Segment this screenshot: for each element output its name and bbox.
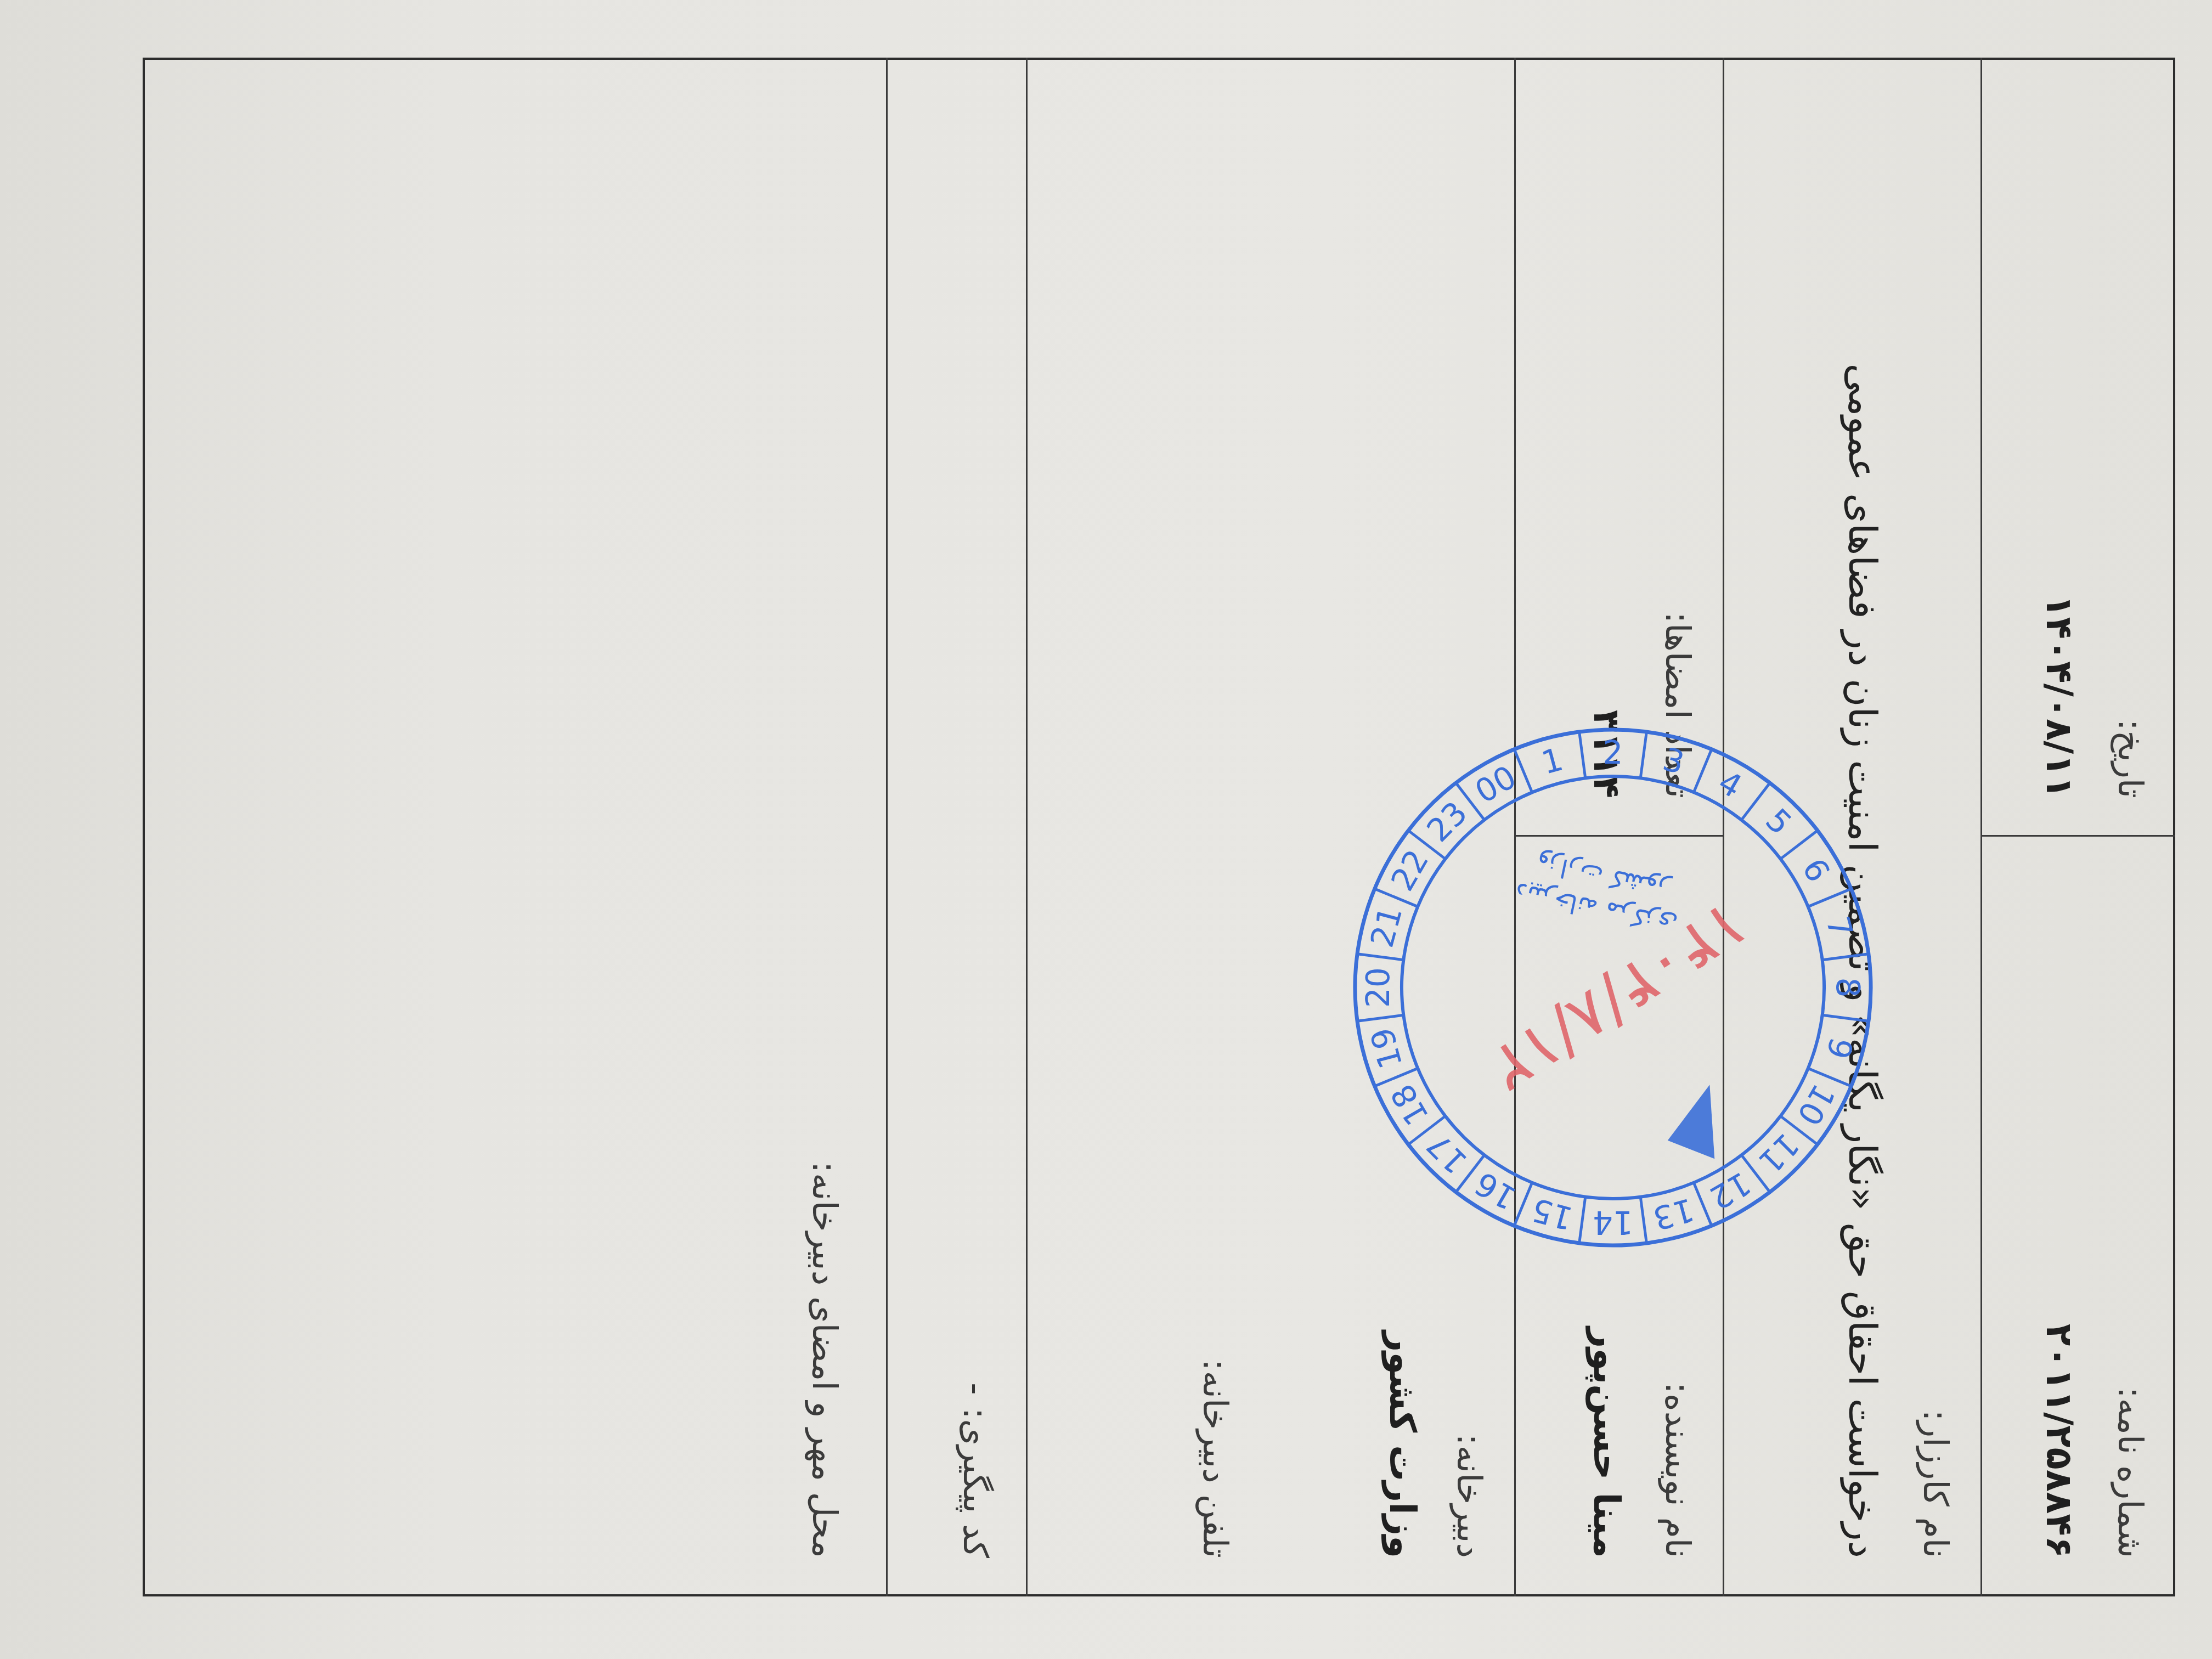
stamp-hour-label: 14 — [1593, 1204, 1633, 1241]
stamp-hour-label: 20 — [1360, 967, 1397, 1008]
letter-number-label: شماره نامه: — [2107, 875, 2153, 1558]
stamp-hour-label: 2 — [1603, 735, 1623, 772]
stamp-hour-label: 21 — [1363, 902, 1410, 951]
stamp-hour-label: 00 — [1469, 758, 1522, 811]
date-value: ۱۴۰۴/۰۸/۱۱ — [2032, 96, 2086, 798]
seal-cell: محل مهر و امضای دبیرخانه: — [143, 58, 886, 1596]
campaign-label: نام کارزار: — [1912, 96, 1959, 1558]
stamp-hour-label: 5 — [1758, 802, 1799, 842]
date-label: تاریخ: — [2107, 96, 2153, 798]
stamp-hour-label: 8 — [1829, 978, 1866, 998]
tracking-cell: کد پیگیری: - — [888, 58, 1026, 1596]
stamp-hour-label: 9 — [1819, 1034, 1860, 1063]
stamp-hour-label: 13 — [1649, 1191, 1698, 1238]
stamp-hour-label: 6 — [1795, 852, 1837, 888]
stamp-hour-label: 15 — [1528, 1191, 1577, 1238]
secretariat-phone-label: تلفن دبیرخانه: — [1193, 96, 1239, 1558]
tracking-code-label: کد پیگیری: — [956, 1408, 996, 1558]
stamp-hour-label: 19 — [1363, 1024, 1410, 1073]
signatures-value: ۳۱۱۴ — [1579, 96, 1634, 798]
letter-number-cell: شماره نامه: ۲۰۱۱/۲۵۸۸۴۶ — [1982, 837, 2175, 1596]
stamp-hour-label: 17 — [1420, 1126, 1475, 1181]
date-cell: تاریخ: ۱۴۰۴/۰۸/۱۱ — [1982, 58, 2175, 837]
stamp-hour-label: 12 — [1703, 1164, 1757, 1217]
row-letter-info: شماره نامه: ۲۰۱۱/۲۵۸۸۴۶ تاریخ: ۱۴۰۴/۰۸/۱… — [1980, 58, 2175, 1596]
secretariat-stamp: 001234567891011121314151617181920212223 … — [1303, 678, 1922, 1297]
stamp-hour-label: 11 — [1751, 1126, 1806, 1181]
petition-receipt-form: شماره نامه: ۲۰۱۱/۲۵۸۸۴۶ تاریخ: ۱۴۰۴/۰۸/۱… — [143, 58, 2175, 1596]
row-seal: محل مهر و امضای دبیرخانه: — [143, 58, 886, 1596]
stamp-hour-label: 16 — [1469, 1164, 1522, 1217]
signatures-label: تعداد امضاها: — [1655, 96, 1701, 798]
tracking-code-value: - — [956, 1383, 996, 1395]
seal-area-label: محل مهر و امضای دبیرخانه: — [802, 96, 848, 1558]
stamp-hour-label: 18 — [1384, 1078, 1436, 1132]
stamp-hour-label: 1 — [1538, 740, 1567, 781]
stamp-hour-label: 22 — [1384, 843, 1436, 897]
stamp-hour-label: 7 — [1819, 912, 1860, 941]
letter-number-value: ۲۰۱۱/۲۵۸۸۴۶ — [2032, 875, 2086, 1558]
stamp-hour-label: 4 — [1712, 763, 1748, 805]
stamp-hour-label: 3 — [1659, 740, 1688, 781]
stamp-graphic: 001234567891011121314151617181920212223 … — [1303, 678, 1922, 1297]
row-tracking: کد پیگیری: - — [886, 58, 1026, 1596]
stamp-hour-label: 23 — [1420, 794, 1475, 849]
stamp-hour-label: 10 — [1790, 1078, 1842, 1132]
